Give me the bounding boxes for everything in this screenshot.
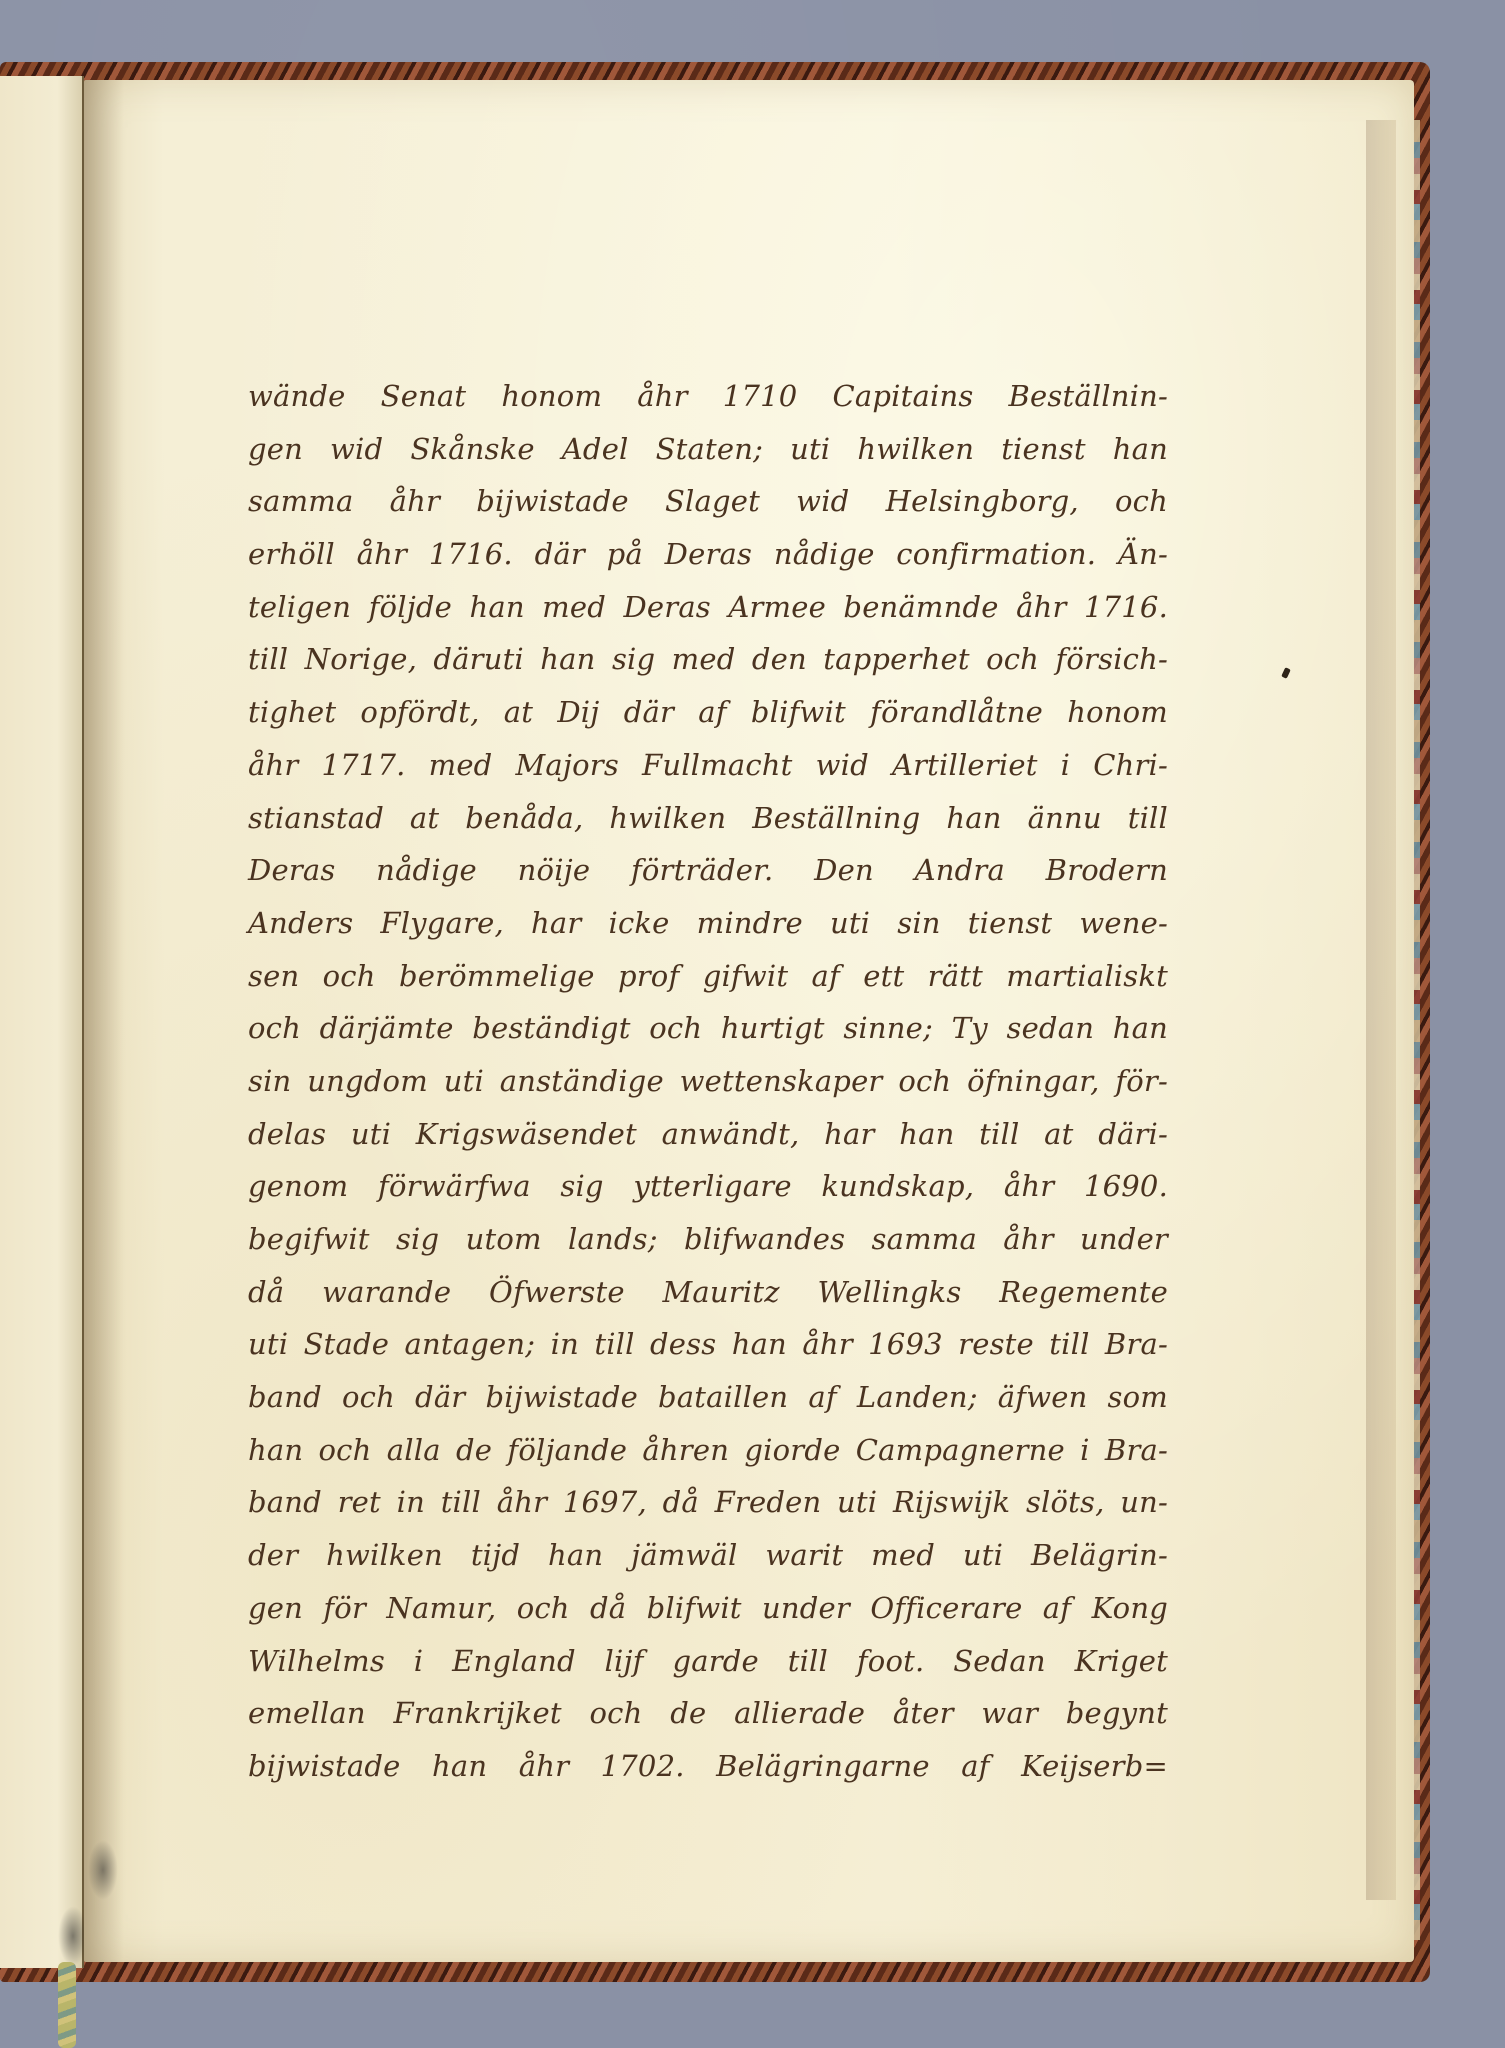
text-line: han och alla de följande åhren giorde Ca…	[248, 1424, 1168, 1477]
text-line: bijwistade han åhr 1702. Belägringarne a…	[248, 1740, 1168, 1793]
text-line: der hwilken tijd han jämwäl warit med ut…	[248, 1529, 1168, 1582]
page-edge	[1366, 120, 1396, 1900]
text-line: Wilhelms i England lijf garde till foot.…	[248, 1635, 1168, 1688]
text-line: då warande Öfwerste Mauritz Wellingks Re…	[248, 1266, 1168, 1319]
text-line: teligen följde han med Deras Armee benäm…	[248, 581, 1168, 634]
left-page-strip	[0, 76, 84, 1968]
text-line: band och där bijwistade bataillen af Lan…	[248, 1371, 1168, 1424]
text-line: erhöll åhr 1716. där på Deras nådige con…	[248, 528, 1168, 581]
text-line: till Norige, däruti han sig med den tapp…	[248, 633, 1168, 686]
text-line: gen för Namur, och då blifwit under Offi…	[248, 1582, 1168, 1635]
bookmark-ribbon	[58, 1962, 76, 2048]
text-line: gen wid Skånske Adel Staten; uti hwilken…	[248, 423, 1168, 476]
text-line: band ret in till åhr 1697, då Freden uti…	[248, 1476, 1168, 1529]
text-line: sin ungdom uti anständige wettenskaper o…	[248, 1055, 1168, 1108]
text-line: Anders Flygare, har icke mindre uti sin …	[248, 897, 1168, 950]
gutter-smudge	[88, 1840, 118, 1900]
text-line: sen och berömmelige prof gifwit af ett r…	[248, 950, 1168, 1003]
text-line: begifwit sig utom lands; blifwandes samm…	[248, 1213, 1168, 1266]
text-line: emellan Frankrijket och de allierade åte…	[248, 1687, 1168, 1740]
handwritten-text-block: wände Senat honom åhr 1710 Capitains Bes…	[248, 370, 1168, 1793]
gutter-shadow	[84, 80, 124, 1962]
text-line: stianstad at benåda, hwilken Beställning…	[248, 792, 1168, 845]
text-line: samma åhr bijwistade Slaget wid Helsingb…	[248, 475, 1168, 528]
text-line: tighet opfördt, at Dij där af blifwit fö…	[248, 686, 1168, 739]
text-line: och därjämte beständigt och hurtigt sinn…	[248, 1002, 1168, 1055]
text-line: genom förwärfwa sig ytterligare kundskap…	[248, 1160, 1168, 1213]
text-line: delas uti Krigswäsendet anwändt, har han…	[248, 1108, 1168, 1161]
text-line: åhr 1717. med Majors Fullmacht wid Artil…	[248, 739, 1168, 792]
text-line: wände Senat honom åhr 1710 Capitains Bes…	[248, 370, 1168, 423]
text-line: uti Stade antagen; in till dess han åhr …	[248, 1318, 1168, 1371]
text-line: Deras nådige nöije förträder. Den Andra …	[248, 844, 1168, 897]
